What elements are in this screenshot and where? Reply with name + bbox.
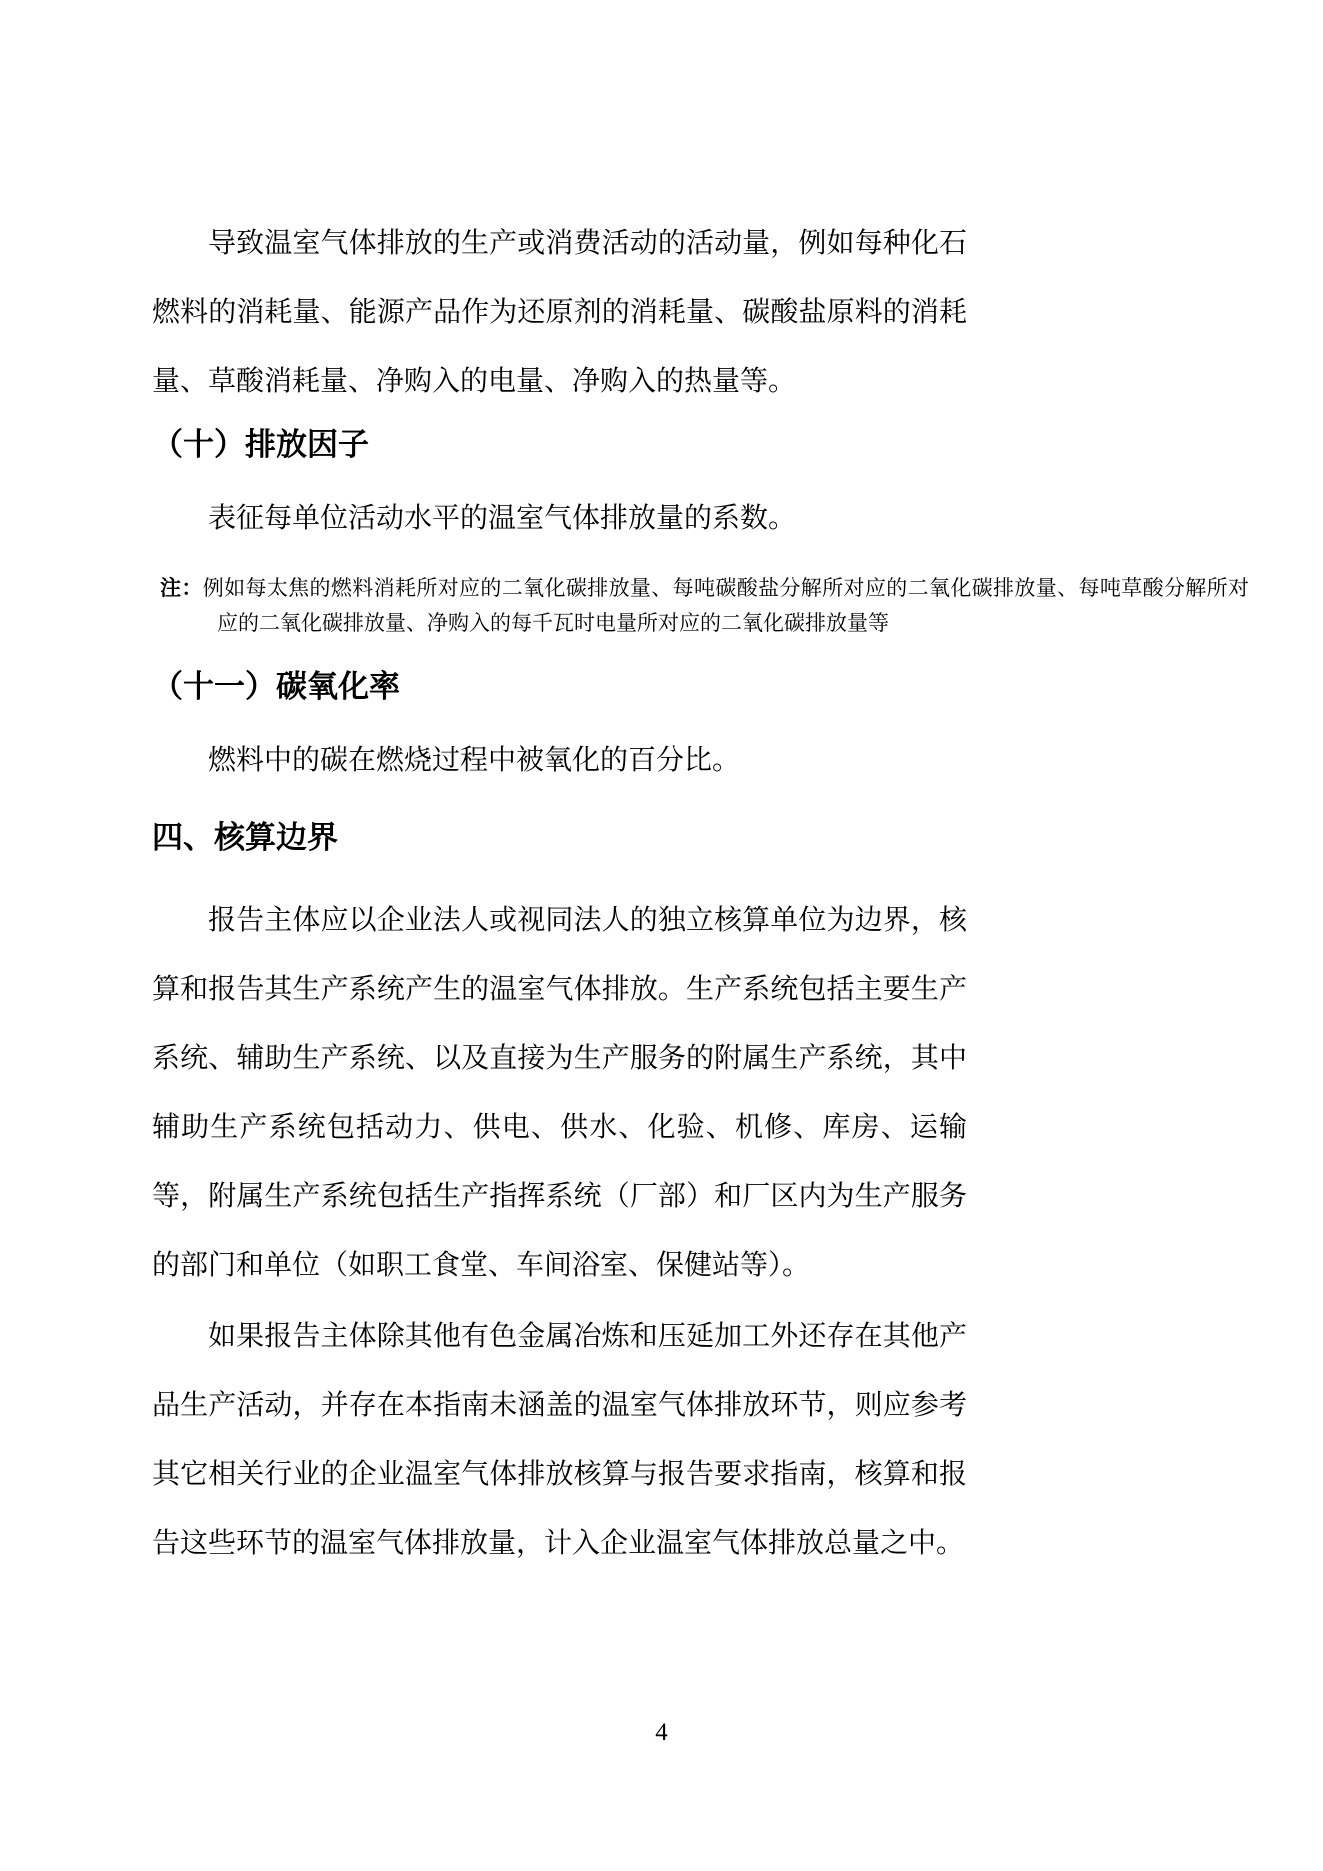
paragraph-oxidation-definition: 燃料中的碳在燃烧过程中被氧化的百分比。 (152, 726, 967, 795)
paragraph-emission-factor-definition: 表征每单位活动水平的温室气体排放量的系数。 (152, 484, 967, 553)
heading-accounting-boundary: 四、核算边界 (152, 817, 1052, 859)
note-text: 例如每太焦的燃料消耗所对应的二氧化碳排放量、每吨碳酸盐分解所对应的二氧化碳排放量… (203, 576, 1249, 635)
heading-carbon-oxidation-rate: （十一）碳氧化率 (152, 666, 1052, 708)
paragraph-other-activities: 如果报告主体除其他有色金属冶炼和压延加工外还存在其他产品生产活动，并存在本指南未… (152, 1302, 967, 1578)
document-page: 导致温室气体排放的生产或消费活动的活动量，例如每种化石燃料的消耗量、能源产品作为… (0, 0, 1323, 1871)
page-number: 4 (0, 1716, 1323, 1750)
heading-emission-factor: （十）排放因子 (152, 424, 1052, 466)
note-label: 注： (160, 576, 203, 600)
note-block: 注：例如每太焦的燃料消耗所对应的二氧化碳排放量、每吨碳酸盐分解所对应的二氧化碳排… (160, 571, 1249, 641)
paragraph-activity-level: 导致温室气体排放的生产或消费活动的活动量，例如每种化石燃料的消耗量、能源产品作为… (152, 209, 967, 416)
paragraph-boundary-description: 报告主体应以企业法人或视同法人的独立核算单位为边界，核算和报告其生产系统产生的温… (152, 886, 967, 1300)
